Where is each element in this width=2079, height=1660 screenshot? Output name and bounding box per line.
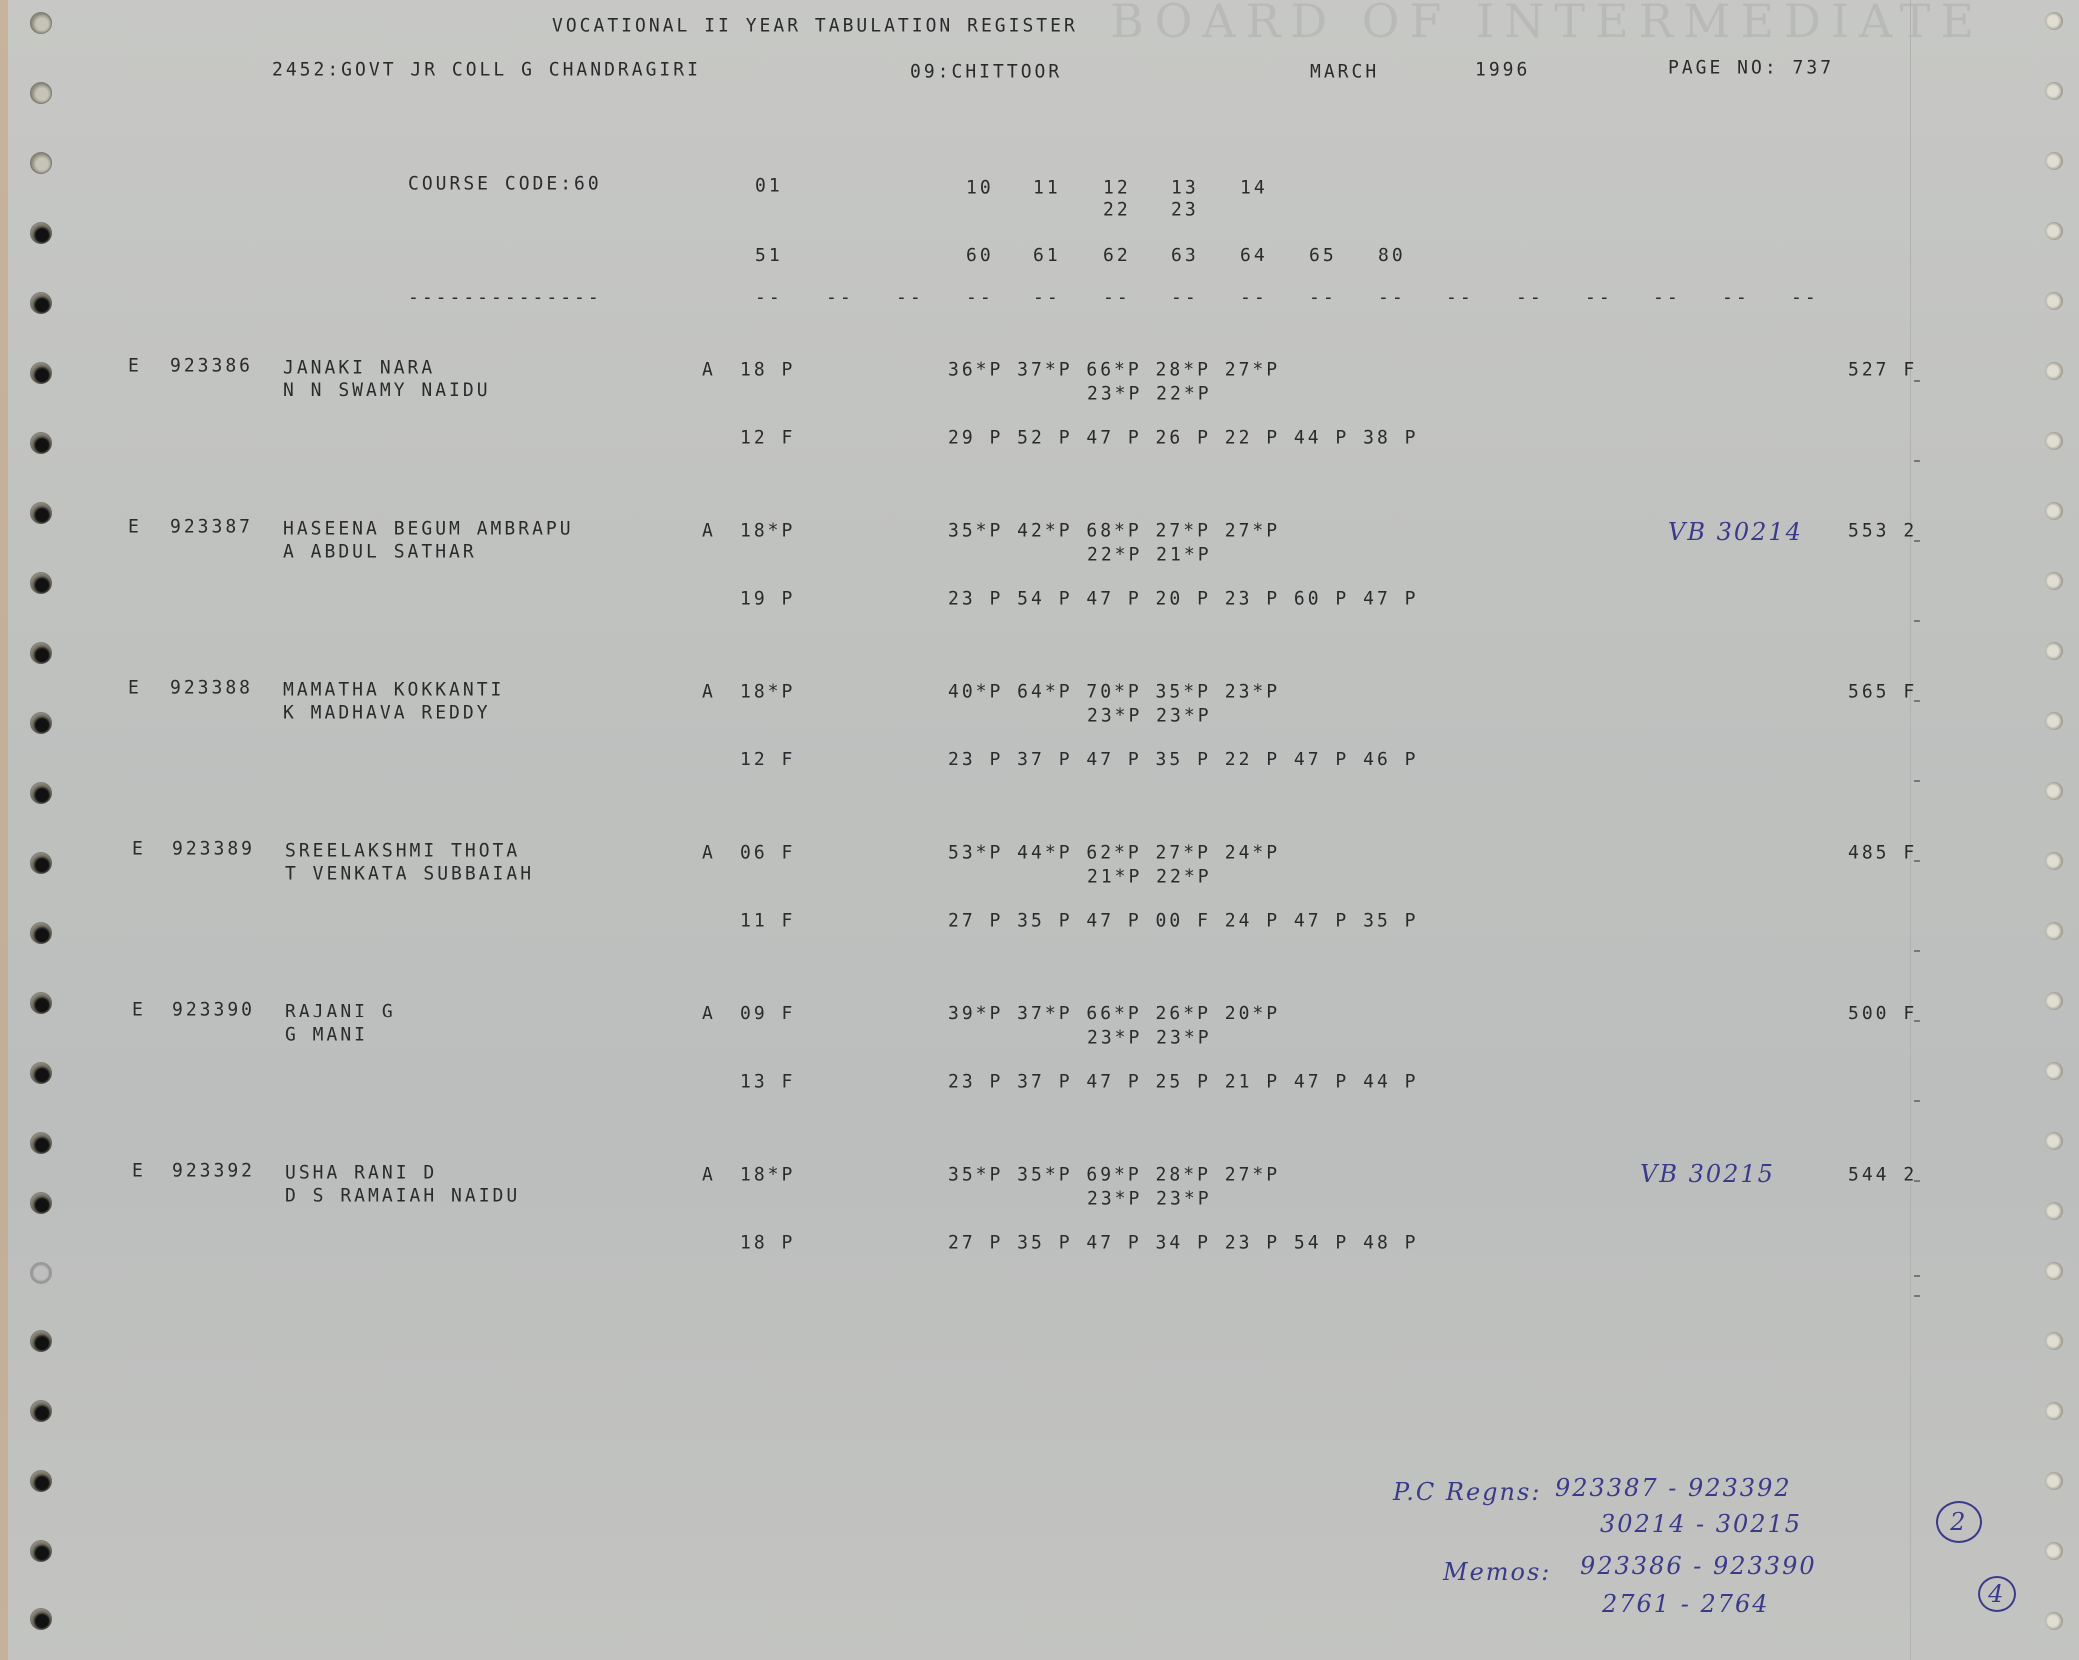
perforation-hole [30, 152, 52, 174]
year2-marks-part2: 23*P 23*P [1087, 706, 1212, 727]
medium: A [702, 360, 716, 381]
perforation-hole [30, 362, 52, 384]
margin-tick [1914, 1275, 1920, 1277]
left-perforation-strip [20, 0, 60, 1660]
perforation-hole [30, 1132, 52, 1154]
column-dash: -- [1240, 288, 1268, 309]
perforation-hole [30, 1608, 52, 1630]
perforation-hole [2045, 1402, 2063, 1420]
perforation-hole [2045, 1132, 2063, 1150]
column-dash: -- [896, 288, 924, 309]
student-category: E [132, 1000, 146, 1021]
year2-marks: 35*P 35*P 69*P 28*P 27*P [948, 1165, 1280, 1186]
column-dash: -- [1653, 288, 1681, 309]
total-result: 485 F [1848, 843, 1917, 864]
subject-code: 80 [1378, 246, 1406, 267]
year2-marks: 39*P 37*P 66*P 26*P 20*P [948, 1004, 1280, 1025]
subject-code: 64 [1240, 246, 1268, 267]
perforation-hole [2045, 152, 2063, 170]
margin-line [1910, 0, 1911, 1660]
father-name: G MANI [285, 1025, 368, 1046]
father-name: A ABDUL SATHAR [283, 542, 477, 563]
perforation-hole [30, 1062, 52, 1084]
year2-marks-part2: 21*P 22*P [1087, 867, 1212, 888]
column-dash: -- [1585, 288, 1613, 309]
language-1-marks: 06 F [740, 843, 795, 864]
margin-tick [1914, 860, 1920, 862]
margin-tick [1914, 1180, 1920, 1182]
language-2-marks: 19 P [740, 589, 795, 610]
subject-code: 61 [1033, 246, 1061, 267]
perforation-hole [2045, 1202, 2063, 1220]
student-name: HASEENA BEGUM AMBRAPU [283, 519, 574, 540]
note-label-pc-regns: P.C Regns: [1393, 1478, 1541, 1506]
student-roll: 923386 [170, 356, 253, 377]
language-1-marks: 09 F [740, 1004, 795, 1025]
margin-tick [1914, 1100, 1920, 1102]
circled-count: 2 [1936, 1501, 1982, 1543]
perforation-hole [30, 852, 52, 874]
perforation-hole [30, 782, 52, 804]
column-dash: -- [966, 288, 994, 309]
student-roll: 923392 [172, 1161, 255, 1182]
margin-tick [1914, 380, 1920, 382]
column-dash: -- [1309, 288, 1337, 309]
student-name: RAJANI G [285, 1002, 396, 1023]
perforation-hole [30, 642, 52, 664]
year2-marks: 40*P 64*P 70*P 35*P 23*P [948, 682, 1280, 703]
margin-tick [1914, 700, 1920, 702]
subject-code: 13 [1171, 178, 1199, 199]
perforation-hole [30, 1262, 52, 1284]
header-underline: -------------- [408, 288, 602, 309]
perforation-hole [30, 1470, 52, 1492]
subject-code: 10 [966, 178, 994, 199]
perforation-hole [30, 432, 52, 454]
student-roll: 923390 [172, 1000, 255, 1021]
perforation-hole [2045, 1262, 2063, 1280]
language-1-marks: 18*P [740, 682, 795, 703]
perforation-hole [2045, 222, 2063, 240]
year2-marks: 35*P 42*P 68*P 27*P 27*P [948, 521, 1280, 542]
perforation-hole [2045, 1332, 2063, 1350]
watermark-ghost-text: BOARD OF INTERMEDIATE [1110, 0, 1984, 48]
total-result: 553 2 [1848, 521, 1917, 542]
handwritten-annotation: VB 30215 [1640, 1160, 1775, 1188]
perforation-hole [2045, 642, 2063, 660]
student-category: E [128, 678, 142, 699]
note-range: 2761 - 2764 [1602, 1590, 1770, 1618]
subject-code: 01 [755, 176, 783, 197]
register-title: VOCATIONAL II YEAR TABULATION REGISTER [552, 16, 1078, 37]
year2-marks-part2: 23*P 23*P [1087, 1189, 1212, 1210]
year1-marks: 27 P 35 P 47 P 34 P 23 P 54 P 48 P [948, 1233, 1418, 1254]
margin-tick [1914, 1295, 1920, 1297]
father-name: N N SWAMY NAIDU [283, 381, 491, 402]
column-dash: -- [1033, 288, 1061, 309]
medium: A [702, 1165, 716, 1186]
year2-marks: 53*P 44*P 62*P 27*P 24*P [948, 843, 1280, 864]
perforation-hole [30, 992, 52, 1014]
column-dash: -- [1103, 288, 1131, 309]
year2-marks-part2: 23*P 23*P [1087, 1028, 1212, 1049]
student-roll: 923387 [170, 517, 253, 538]
perforation-hole [2045, 1062, 2063, 1080]
column-dash: -- [1722, 288, 1750, 309]
father-name: T VENKATA SUBBAIAH [285, 864, 534, 885]
year1-marks: 23 P 37 P 47 P 25 P 21 P 47 P 44 P [948, 1072, 1418, 1093]
subject-code: 65 [1309, 246, 1337, 267]
column-dash: -- [1791, 288, 1819, 309]
perforation-hole [2045, 362, 2063, 380]
district-name: 09:CHITTOOR [910, 62, 1062, 83]
student-name: SREELAKSHMI THOTA [285, 841, 520, 862]
perforation-hole [2045, 852, 2063, 870]
language-2-marks: 12 F [740, 428, 795, 449]
note-label-memos: Memos: [1443, 1558, 1551, 1586]
student-category: E [128, 517, 142, 538]
margin-tick [1914, 950, 1920, 952]
total-result: 565 F [1848, 682, 1917, 703]
perforation-hole [30, 292, 52, 314]
perforation-hole [30, 82, 52, 104]
perforation-hole [2045, 12, 2063, 30]
perforation-hole [30, 1400, 52, 1422]
year1-marks: 23 P 54 P 47 P 20 P 23 P 60 P 47 P [948, 589, 1418, 610]
perforation-hole [2045, 712, 2063, 730]
student-name: MAMATHA KOKKANTI [283, 680, 504, 701]
year2-marks-part2: 22*P 21*P [1087, 545, 1212, 566]
year1-marks: 27 P 35 P 47 P 00 F 24 P 47 P 35 P [948, 911, 1418, 932]
column-dash: -- [1171, 288, 1199, 309]
column-dash: -- [755, 288, 783, 309]
handwritten-annotation: VB 30214 [1668, 518, 1803, 546]
note-range: 30214 - 30215 [1600, 1510, 1802, 1538]
note-range: 923387 - 923392 [1555, 1474, 1792, 1502]
perforation-hole [2045, 1612, 2063, 1630]
note-count-circled: 4 [1920, 1548, 2016, 1640]
year1-marks: 23 P 37 P 47 P 35 P 22 P 47 P 46 P [948, 750, 1418, 771]
subject-code: 23 [1171, 200, 1199, 221]
subject-code: 12 [1103, 178, 1131, 199]
year1-marks: 29 P 52 P 47 P 26 P 22 P 44 P 38 P [948, 428, 1418, 449]
subject-code: 62 [1103, 246, 1131, 267]
perforation-hole [2045, 572, 2063, 590]
language-1-marks: 18 P [740, 360, 795, 381]
father-name: D S RAMAIAH NAIDU [285, 1186, 520, 1207]
perforation-hole [30, 222, 52, 244]
margin-tick [1914, 620, 1920, 622]
perforation-hole [30, 502, 52, 524]
column-dash: -- [826, 288, 854, 309]
column-dash: -- [1446, 288, 1474, 309]
subject-code: 14 [1240, 178, 1268, 199]
perforation-hole [2045, 82, 2063, 100]
right-perforation-strip [2033, 0, 2073, 1660]
perforation-hole [2045, 1472, 2063, 1490]
perforation-hole [2045, 782, 2063, 800]
total-result: 500 F [1848, 1004, 1917, 1025]
student-roll: 923388 [170, 678, 253, 699]
student-name: USHA RANI D [285, 1163, 437, 1184]
language-1-marks: 18*P [740, 1165, 795, 1186]
perforation-hole [2045, 292, 2063, 310]
exam-year: 1996 [1475, 60, 1530, 81]
margin-tick [1914, 1020, 1920, 1022]
tabulation-register-sheet: BOARD OF INTERMEDIATE [0, 0, 2079, 1660]
exam-month: MARCH [1310, 62, 1379, 83]
total-result: 527 F [1848, 360, 1917, 381]
subject-code: 51 [755, 246, 783, 267]
column-dash: -- [1516, 288, 1544, 309]
perforation-hole [2045, 992, 2063, 1010]
perforation-hole [2045, 432, 2063, 450]
student-category: E [128, 356, 142, 377]
perforation-hole [30, 922, 52, 944]
language-2-marks: 11 F [740, 911, 795, 932]
perforation-hole [30, 1330, 52, 1352]
medium: A [702, 843, 716, 864]
perforation-hole [30, 12, 52, 34]
circled-count: 4 [1978, 1576, 2016, 1612]
subject-code: 63 [1171, 246, 1199, 267]
year2-marks: 36*P 37*P 66*P 28*P 27*P [948, 360, 1280, 381]
perforation-hole [2045, 1542, 2063, 1560]
language-2-marks: 13 F [740, 1072, 795, 1093]
note-range: 923386 - 923390 [1580, 1552, 1817, 1580]
subject-code: 60 [966, 246, 994, 267]
language-1-marks: 18*P [740, 521, 795, 542]
perforation-hole [30, 712, 52, 734]
language-2-marks: 18 P [740, 1233, 795, 1254]
subject-code: 22 [1103, 200, 1131, 221]
perforation-hole [30, 1192, 52, 1214]
page-number: PAGE NO: 737 [1668, 58, 1834, 79]
subject-code: 11 [1033, 178, 1061, 199]
medium: A [702, 1004, 716, 1025]
college-name: 2452:GOVT JR COLL G CHANDRAGIRI [272, 60, 701, 81]
student-name: JANAKI NARA [283, 358, 435, 379]
margin-tick [1914, 460, 1920, 462]
medium: A [702, 682, 716, 703]
perforation-hole [2045, 922, 2063, 940]
student-roll: 923389 [172, 839, 255, 860]
margin-tick [1914, 780, 1920, 782]
perforation-hole [2045, 502, 2063, 520]
medium: A [702, 521, 716, 542]
perforation-hole [30, 572, 52, 594]
student-category: E [132, 1161, 146, 1182]
year2-marks-part2: 23*P 22*P [1087, 384, 1212, 405]
column-dash: -- [1378, 288, 1406, 309]
total-result: 544 2 [1848, 1165, 1917, 1186]
language-2-marks: 12 F [740, 750, 795, 771]
course-code-label: COURSE CODE:60 [408, 174, 602, 195]
father-name: K MADHAVA REDDY [283, 703, 491, 724]
perforation-hole [30, 1540, 52, 1562]
margin-tick [1914, 540, 1920, 542]
student-category: E [132, 839, 146, 860]
